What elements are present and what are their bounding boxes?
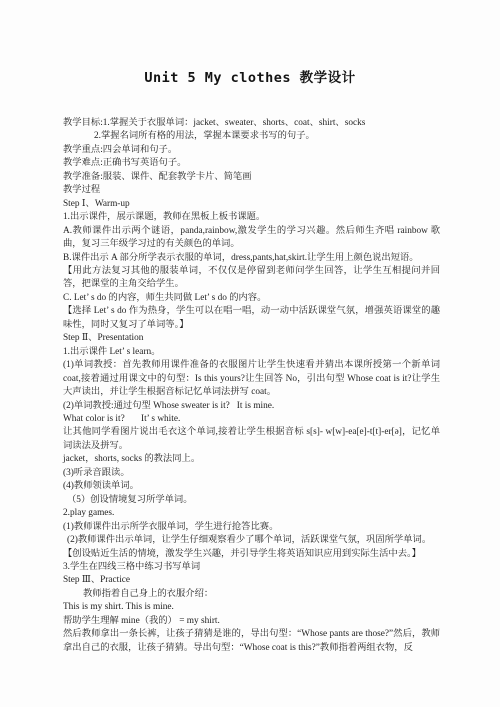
paragraph-note: 【选择 Let’ s do 作为热身，学生可以在唱一唱，动一动中活跃课堂气氛，增… bbox=[63, 305, 440, 332]
paragraph-line: What color is it? It’ s white. bbox=[63, 413, 440, 426]
paragraph-line: 教师指着自己身上的衣服介绍： bbox=[63, 588, 440, 601]
paragraph-line: 2.play games. bbox=[63, 507, 440, 520]
document-page: Unit 5 My clothes 教学设计 教学目标:1.掌握关于衣服单词：j… bbox=[0, 0, 500, 707]
paragraph-line: B.课件出示 A 部分所学表示衣服的单词，dress,pants,hat,ski… bbox=[63, 252, 440, 265]
paragraph-key-points: 教学重点:四会单词和句子。 bbox=[63, 144, 440, 157]
paragraph-line: 帮助学生理解 mine（我的） = my shirt. bbox=[63, 615, 440, 628]
step1-heading: Step Ⅰ、Warm-up bbox=[63, 198, 440, 211]
paragraph-line: 1.出示课件，展示课题，教师在黑板上板书课题。 bbox=[63, 211, 440, 224]
paragraph-note: 【创设贴近生活的情境，激发学生兴趣，并引导学生将英语知识应用到实际生活中去。】 bbox=[63, 548, 440, 561]
paragraph-line: A.教师课件出示两个谜语，panda,rainbow,激发学生的学习兴趣。然后师… bbox=[63, 225, 440, 252]
document-body: 教学目标:1.掌握关于衣服单词：jacket、sweater、shorts、co… bbox=[63, 117, 440, 655]
paragraph-line: 1.出示课件 Let’ s learn。 bbox=[63, 346, 440, 359]
paragraph-line: (4)教师领读单词。 bbox=[63, 480, 440, 493]
paragraph-line: 让其他同学看图片说出毛衣这个单词,接着让学生根据音标 s[s]- w[w]-ea… bbox=[63, 426, 440, 453]
paragraph-line: (2)教师课件出示单词，让学生仔细观察看少了哪个单词，活跃课堂气氛，巩固所学单词… bbox=[63, 534, 440, 547]
paragraph-line: (2)单词教授:通过句型 Whose sweater is it? It is … bbox=[63, 400, 440, 413]
paragraph-line: (3)听录音跟读。 bbox=[63, 467, 440, 480]
paragraph-process-heading: 教学过程 bbox=[63, 184, 440, 197]
paragraph-line: jacket，shorts, socks 的教法同上。 bbox=[63, 453, 440, 466]
paragraph-objectives-2: 2.掌握名词所有格的用法，掌握本课要求书写的句子。 bbox=[63, 130, 440, 143]
paragraph-line: （5）创设情境复习所学单词。 bbox=[63, 494, 440, 507]
document-title: Unit 5 My clothes 教学设计 bbox=[0, 66, 500, 86]
paragraph-difficulties: 教学难点:正确书写英语句子。 bbox=[63, 157, 440, 170]
paragraph-line: 3.学生在四线三格中练习书写单词 bbox=[63, 561, 440, 574]
step3-heading: Step Ⅲ、Practice bbox=[63, 574, 440, 587]
paragraph-line: 然后教师拿出一条长裤，让孩子猜猜是谁的，导出句型：“Whose pants ar… bbox=[63, 628, 440, 655]
step2-heading: Step Ⅱ、Presentation bbox=[63, 332, 440, 345]
paragraph-line: (1)单词教授：首先教师用课件准备的衣服图片让学生快速看并猜出本课所授第一个新单… bbox=[63, 359, 440, 399]
paragraph-line: (1)教师课件出示所学衣服单词，学生进行抢答比赛。 bbox=[63, 521, 440, 534]
paragraph-objectives: 教学目标:1.掌握关于衣服单词：jacket、sweater、shorts、co… bbox=[63, 117, 440, 130]
paragraph-line: C. Let’ s do 的内容，师生共同做 Let’ s do 的内容。 bbox=[63, 292, 440, 305]
paragraph-line: This is my shirt. This is mine. bbox=[63, 601, 440, 614]
paragraph-preparation: 教学准备:服装、课件、配套教学卡片、简笔画 bbox=[63, 171, 440, 184]
paragraph-note: 【用此方法复习其他的服装单词，不仅仅是停留到老师问学生回答，让学生互相提问并回答… bbox=[63, 265, 440, 292]
